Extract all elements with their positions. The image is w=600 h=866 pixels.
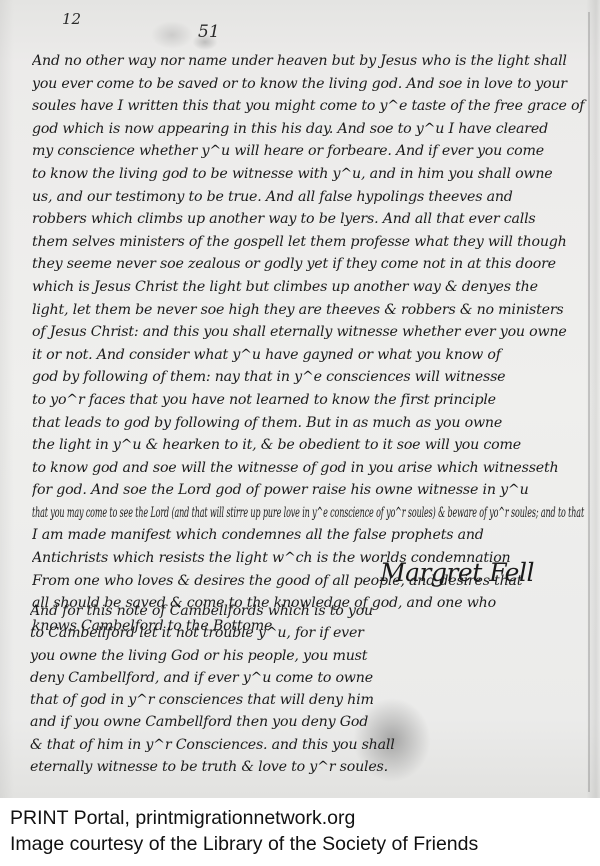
letter-line: And no other way nor name under heaven b… [32, 50, 584, 73]
folio-number-center: 51 [198, 22, 220, 42]
postscript-line: you owne the living God or his people, y… [30, 645, 450, 667]
manuscript-scan: 12 51 And no other way nor name under he… [0, 0, 600, 798]
letter-line: of Jesus Christ: and this you shall eter… [32, 321, 584, 344]
image-caption: PRINT Portal, printmigrationnetwork.org … [10, 805, 478, 857]
postscript-line: deny Cambellford, and if ever y^u come t… [30, 667, 450, 689]
letter-line: it or not. And consider what y^u have ga… [32, 344, 584, 367]
letter-line: to yo^r faces that you have not learned … [32, 389, 584, 412]
letter-line: robbers which climbs up another way to b… [32, 208, 584, 231]
letter-line: the light in y^u & hearken to it, & be o… [32, 434, 584, 457]
page-edge [588, 12, 590, 792]
letter-line: god which is now appearing in this his d… [32, 118, 584, 141]
signature: Margret Fell [380, 558, 534, 587]
postscript-line: and if you owne Cambellford then you den… [30, 711, 450, 733]
postscript-line: to Cambellford let it not trouble y^u, f… [30, 622, 450, 644]
letter-line: god by following of them: nay that in y^… [32, 366, 584, 389]
postscript-line: that of god in y^r consciences that will… [30, 689, 450, 711]
letter-line: which is Jesus Christ the light but clim… [32, 276, 584, 299]
letter-line: you ever come to be saved or to know the… [32, 73, 584, 96]
letter-line: for god. And soe the Lord god of power r… [32, 479, 584, 502]
postscript-line: eternally witnesse to be truth & love to… [30, 756, 450, 778]
caption-source: PRINT Portal, printmigrationnetwork.org [10, 805, 478, 831]
postscript: And for this note of Cambellfords which … [30, 600, 450, 778]
caption-credit: Image courtesy of the Library of the Soc… [10, 831, 478, 857]
letter-line: that you may come to see the Lord (and t… [32, 502, 584, 525]
postscript-line: & that of him in y^r Consciences. and th… [30, 734, 450, 756]
letter-body: And no other way nor name under heaven b… [32, 50, 584, 637]
letter-line: my conscience whether y^u will heare or … [32, 140, 584, 163]
letter-line: them selves ministers of the gospell let… [32, 231, 584, 254]
letter-line: soules have I written this that you migh… [32, 95, 584, 118]
letter-line: us, and our testimony to be true. And al… [32, 186, 584, 209]
letter-line: they seeme never soe zealous or godly ye… [32, 253, 584, 276]
letter-line: to know god and soe will the witnesse of… [32, 457, 584, 480]
letter-line: light, let them be never soe high they a… [32, 299, 584, 322]
folio-number-left: 12 [62, 10, 81, 28]
postscript-line: And for this note of Cambellfords which … [30, 600, 450, 622]
letter-line: I am made manifest which condemnes all t… [32, 524, 584, 547]
letter-line: to know the living god to be witnesse wi… [32, 163, 584, 186]
letter-line: that leads to god by following of them. … [32, 412, 584, 435]
